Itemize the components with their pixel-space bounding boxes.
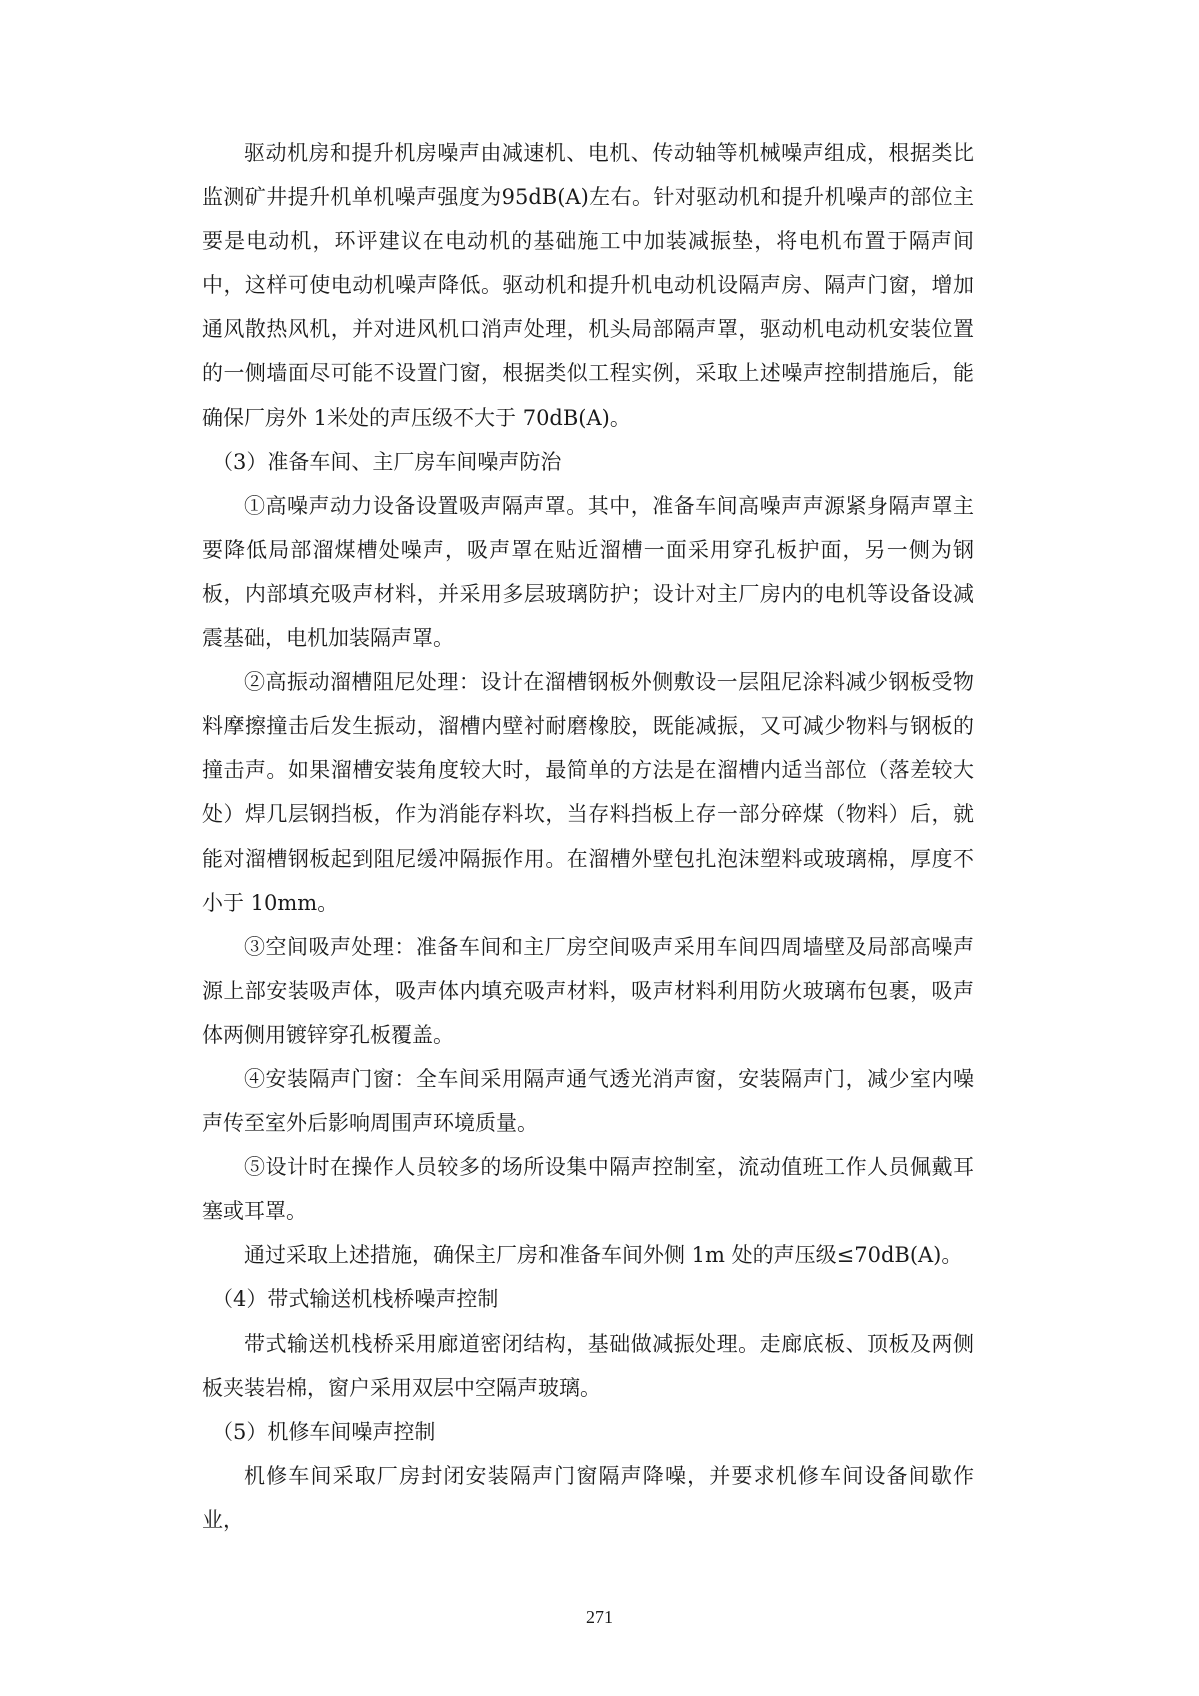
page-number: 271 [0, 1607, 1199, 1628]
paragraph-sound-enclosure: ①高噪声动力设备设置吸声隔声罩。其中，准备车间高噪声声源紧身隔声罩主要降低局部溜… [202, 484, 974, 660]
paragraph-space-absorption: ③空间吸声处理：准备车间和主厂房空间吸声采用车间四周墙壁及局部高噪声源上部安装吸… [202, 925, 974, 1057]
heading-prep-workshop-noise: （3）准备车间、主厂房车间噪声防治 [202, 440, 974, 484]
paragraph-repair-workshop: 机修车间采取厂房封闭安装隔声门窗隔声降噪，并要求机修车间设备间歇作业， [202, 1454, 974, 1542]
heading-repair-workshop-noise: （5）机修车间噪声控制 [202, 1410, 974, 1454]
paragraph-control-room: ⑤设计时在操作人员较多的场所设集中隔声控制室，流动值班工作人员佩戴耳塞或耳罩。 [202, 1145, 974, 1233]
document-body: 驱动机房和提升机房噪声由减速机、电机、传动轴等机械噪声组成，根据类比监测矿井提升… [202, 131, 974, 1542]
paragraph-hoist-room-noise: 驱动机房和提升机房噪声由减速机、电机、传动轴等机械噪声组成，根据类比监测矿井提升… [202, 131, 974, 440]
heading-conveyor-noise: （4）带式输送机栈桥噪声控制 [202, 1277, 974, 1321]
paragraph-conveyor-gallery: 带式输送机栈桥采用廊道密闭结构，基础做减振处理。走廊底板、顶板及两侧板夹装岩棉，… [202, 1322, 974, 1410]
paragraph-chute-damping: ②高振动溜槽阻尼处理：设计在溜槽钢板外侧敷设一层阻尼涂料减少钢板受物料摩擦撞击后… [202, 660, 974, 925]
paragraph-soundproof-doors: ④安装隔声门窗：全车间采用隔声通气透光消声窗，安装隔声门，减少室内噪声传至室外后… [202, 1057, 974, 1145]
paragraph-summary: 通过采取上述措施，确保主厂房和准备车间外侧 1m 处的声压级≤70dB(A)。 [202, 1233, 974, 1277]
